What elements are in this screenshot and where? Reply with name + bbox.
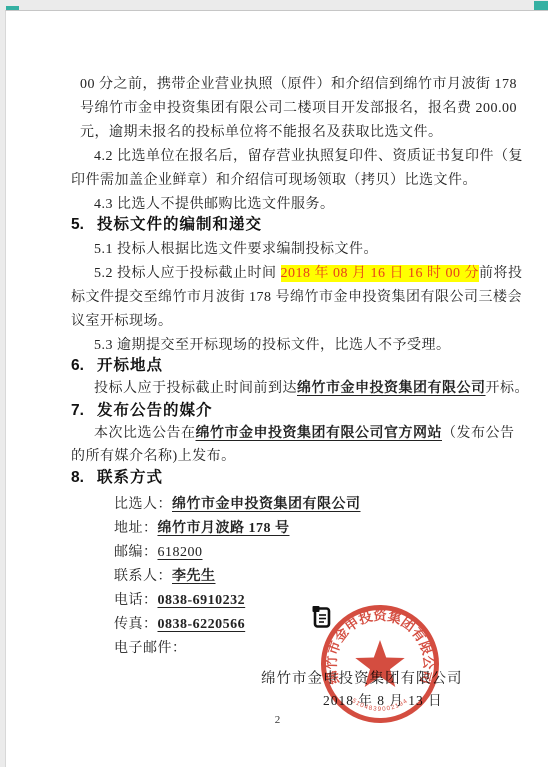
contact-postcode: 邮编：618200	[114, 543, 203, 563]
para-4-2-line-1: 4.2 比选单位在报名后，留存营业执照复印件、资质证书复印件（复	[94, 147, 523, 167]
heading-7: 7.发布公告的媒介	[71, 401, 212, 421]
para-4-2-line-2: 印件需加盖企业鲜章）和介绍信可现场领取（拷贝）比选文件。	[71, 171, 477, 191]
para-6-1: 投标人应于投标截止时间前到达绵竹市金申投资集团有限公司开标。	[94, 379, 529, 399]
para-4-1-line-1: 00 分之前，携带企业营业执照（原件）和介绍信到绵竹市月波街 178	[80, 75, 517, 95]
document-viewer: { "colors": { "viewer_bg": "#ebebeb", "i…	[0, 0, 548, 767]
heading-5: 5.投标文件的编制和递交	[71, 215, 262, 235]
para-7-1-line-1: 本次比选公告在绵竹市金申投资集团有限公司官方网站（发布公告	[94, 424, 515, 444]
para-4-1-line-2: 号绵竹市金申投资集团有限公司二楼项目开发部报名，报名费 200.00	[80, 99, 517, 119]
heading-8: 8.联系方式	[71, 468, 163, 488]
contact-bidder: 比选人：绵竹市金申投资集团有限公司	[114, 495, 361, 515]
para-4-1-line-3: 元，逾期未报名的投标单位将不能报名及获取比选文件。	[80, 123, 443, 143]
contact-email: 电子邮件：	[114, 639, 187, 659]
contact-address: 地址：绵竹市月波路 178 号	[114, 519, 290, 539]
para-5-1: 5.1 投标人根据比选文件要求编制投标文件。	[94, 240, 378, 260]
seal-star-icon	[355, 640, 404, 687]
para-4-3: 4.3 比选人不提供邮购比选文件服务。	[94, 195, 335, 215]
svg-text:5104839002194: 5104839002194	[351, 697, 410, 713]
contact-person: 联系人：李先生	[114, 567, 216, 587]
para-5-3: 5.3 逾期提交至开标现场的投标文件，比选人不予受理。	[94, 336, 451, 356]
contact-phone: 电话：0838-6910232	[114, 591, 245, 611]
para-5-2-line-3: 议室开标现场。	[71, 312, 173, 332]
contact-fax: 传真：0838-6220566	[114, 615, 245, 635]
para-7-1-line-2: 的所有媒介名称)上发布。	[71, 447, 236, 467]
heading-6: 6.开标地点	[71, 356, 163, 376]
document-page: 00 分之前，携带企业营业执照（原件）和介绍信到绵竹市月波街 178号绵竹市金申…	[5, 10, 548, 767]
page-number: 2	[6, 714, 548, 726]
para-5-2-line-1: 5.2 投标人应于投标截止时间 2018 年 08 月 16 日 16 时 00…	[94, 264, 523, 284]
company-seal-stamp: 绵竹市金申投资集团有限公司 5104839002194	[319, 603, 441, 725]
para-5-2-line-2: 标文件提交至绵竹市月波街 178 号绵竹市金申投资集团有限公司三楼会	[71, 288, 522, 308]
seal-code-text: 5104839002194	[351, 697, 410, 713]
